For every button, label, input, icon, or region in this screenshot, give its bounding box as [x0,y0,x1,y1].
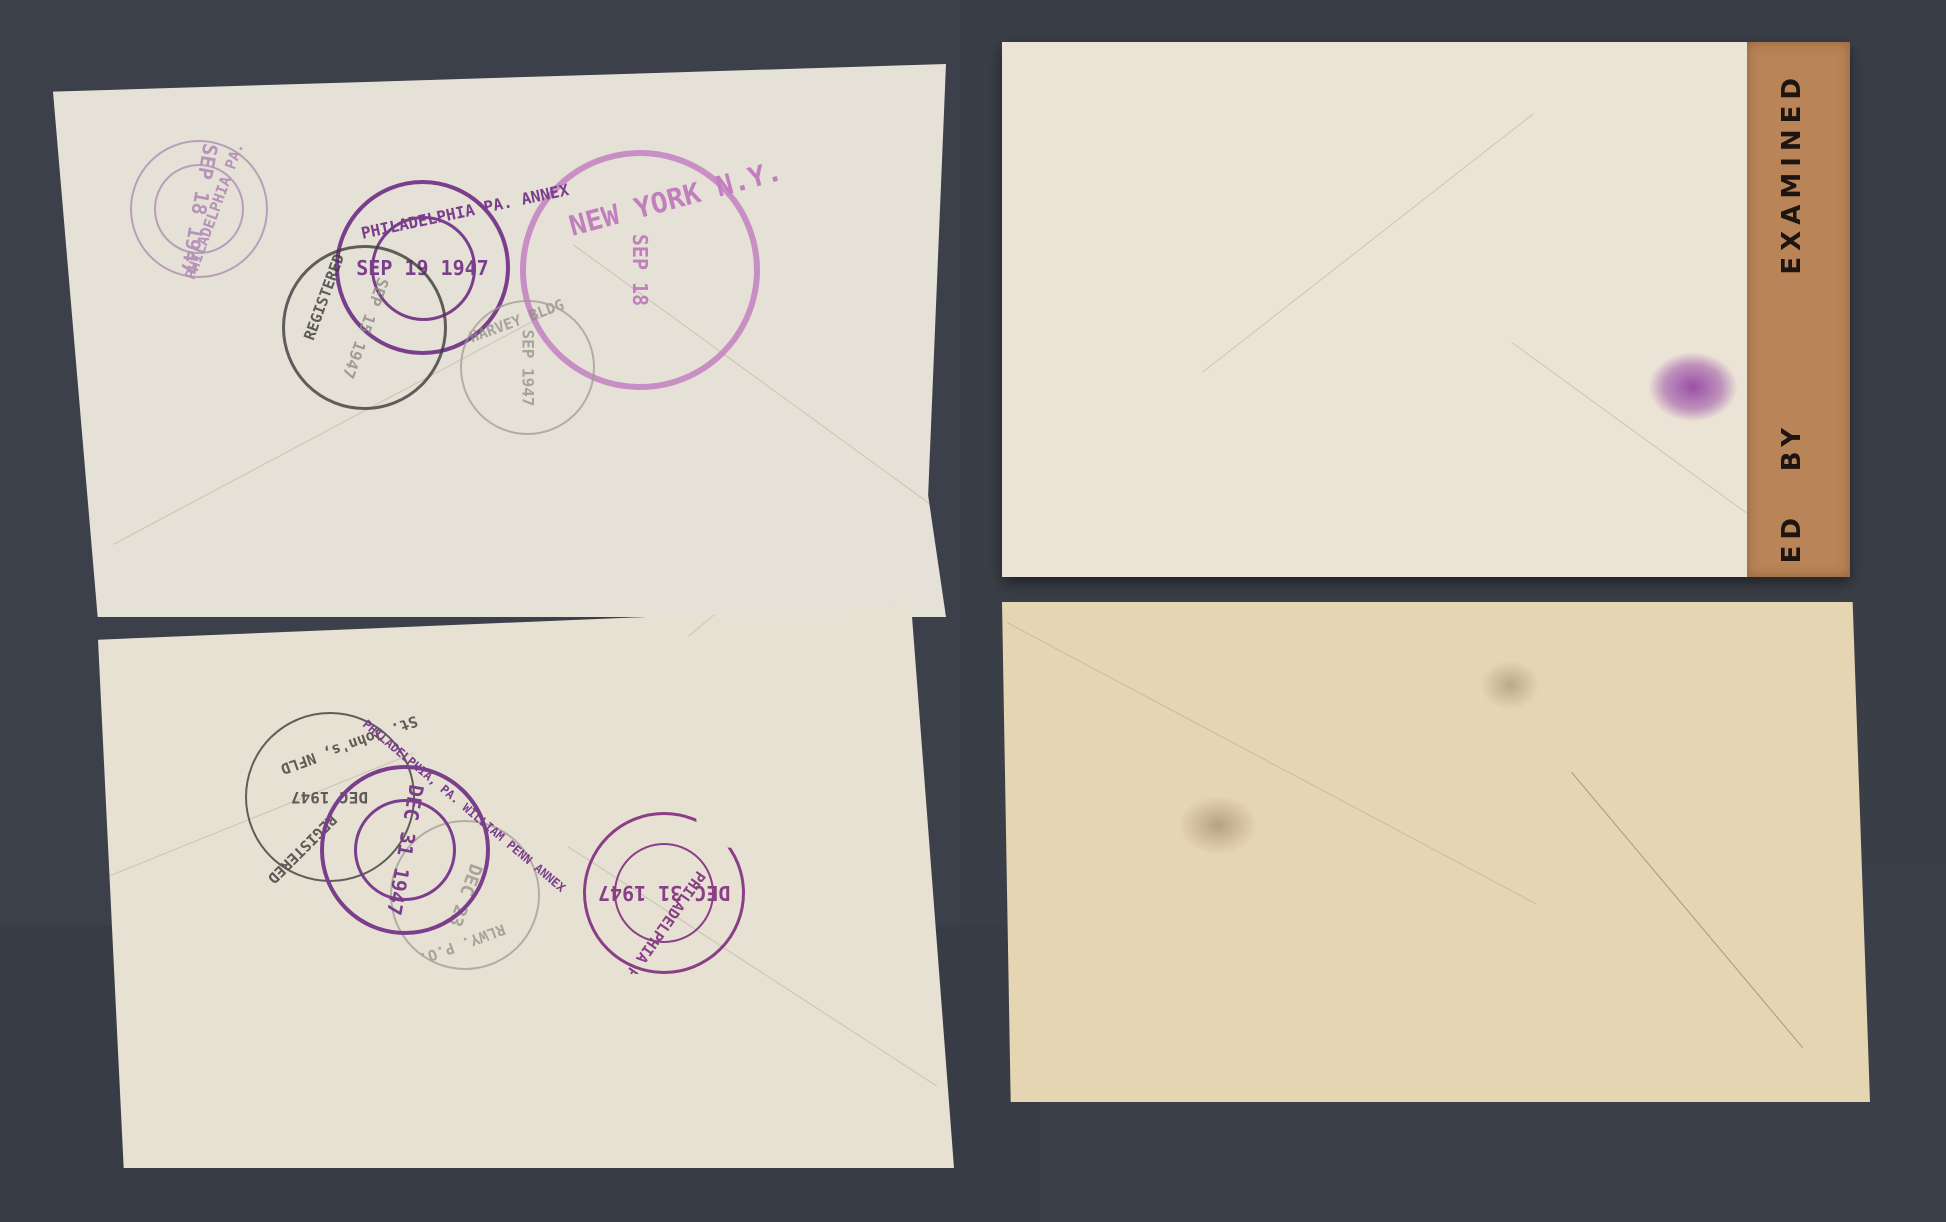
censor-text-by: BY [1777,422,1807,471]
postmark: PHILADELPHIA PA. SEP 18 1947 [130,140,268,278]
purple-handstamp [1648,352,1738,422]
faint-postmark [1480,660,1540,710]
postmark: REGISTERED SEP 15 1947 [282,245,447,410]
cover-bottom-right [1002,602,1870,1102]
censor-text-examined: EXAMINED [1777,72,1807,275]
cover-top-right [1002,42,1850,577]
envelope-flap-edge [1571,772,1803,1048]
postmark: HARVEY BLDG SEP 1947 [460,300,595,435]
postmark: PHILADELPHIA, PA. WILLIAM PENN ANNEX DEC… [320,765,490,935]
stain [1178,795,1258,855]
censor-tape: EXAMINED BY ED [1747,42,1850,577]
censor-text-ed: ED [1777,512,1807,563]
envelope-flap-edge [1202,113,1534,372]
envelope-flap-edge [1007,622,1537,905]
